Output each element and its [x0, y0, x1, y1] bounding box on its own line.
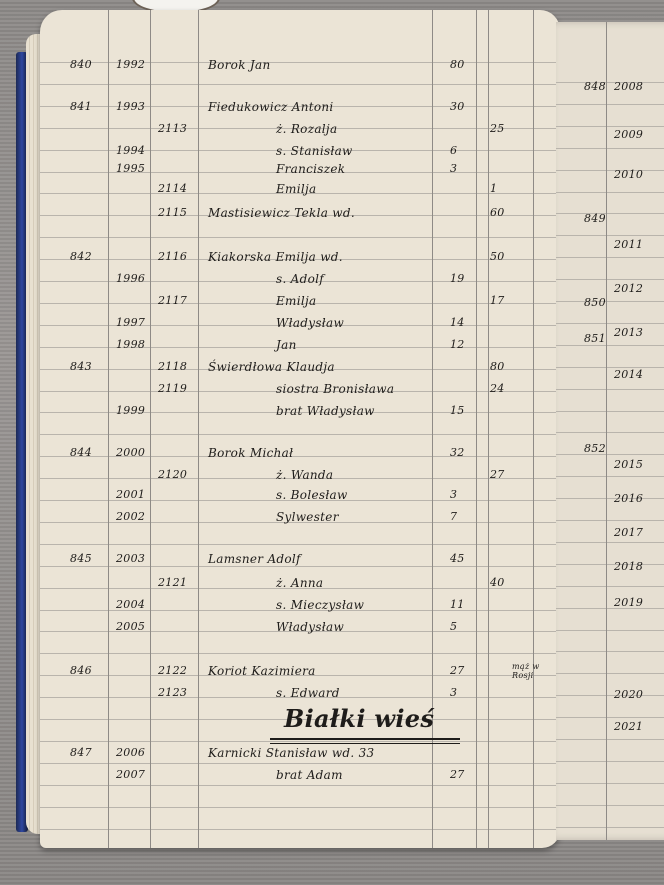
male-number: 2005	[116, 620, 145, 633]
person-name: Koriot Kazimiera	[208, 664, 316, 678]
house-number: 844	[70, 446, 92, 459]
ruled-line	[556, 805, 664, 806]
male-number: 2017	[614, 526, 643, 539]
male-age: 5	[450, 620, 457, 633]
male-number: 2008	[614, 80, 643, 93]
column-rule	[198, 10, 199, 848]
ruled-line	[556, 192, 664, 193]
male-number: 2015	[614, 458, 643, 471]
ruled-line	[556, 367, 664, 368]
male-number: 2007	[116, 768, 145, 781]
ruled-line	[556, 411, 664, 412]
house-number: 841	[70, 100, 92, 113]
ruled-line	[556, 586, 664, 587]
female-number: 2122	[158, 664, 187, 677]
ruled-line	[556, 498, 664, 499]
female-age: 1	[490, 182, 497, 195]
ruled-line	[556, 104, 664, 105]
person-name: brat Adam	[276, 768, 343, 782]
female-age: 25	[490, 122, 505, 135]
column-rule	[150, 10, 151, 848]
ruled-line	[556, 454, 664, 455]
house-number: 850	[584, 296, 606, 309]
male-number: 1993	[116, 100, 145, 113]
female-number: 2113	[158, 122, 187, 135]
male-number: 2009	[614, 128, 643, 141]
column-rule	[606, 22, 607, 840]
person-name: Borok Michał	[208, 446, 293, 460]
house-number: 848	[584, 80, 606, 93]
person-name: Emilja	[276, 182, 317, 196]
ruled-line	[40, 785, 560, 786]
ruled-line	[556, 827, 664, 828]
ruled-line	[40, 544, 560, 545]
male-number: 2021	[614, 720, 643, 733]
person-name: brat Władysław	[276, 404, 375, 418]
male-number: 2001	[116, 488, 145, 501]
female-number: 2123	[158, 686, 187, 699]
person-name: Fiedukowicz Antoni	[208, 100, 334, 114]
female-number: 2118	[158, 360, 187, 373]
person-name: s. Stanisław	[276, 144, 353, 158]
male-age: 11	[450, 598, 465, 611]
male-age: 6	[450, 144, 457, 157]
house-number: 849	[584, 212, 606, 225]
ruled-line	[40, 237, 560, 238]
person-name: Borok Jan	[208, 58, 270, 72]
male-number: 2003	[116, 552, 145, 565]
ruled-line	[556, 235, 664, 236]
ruled-line	[556, 673, 664, 674]
ruled-line	[40, 807, 560, 808]
male-age: 30	[450, 100, 465, 113]
person-name: Kiakorska Emilja wd.	[208, 250, 343, 264]
house-number: 845	[70, 552, 92, 565]
column-rule	[108, 10, 109, 848]
house-number: 840	[70, 58, 92, 71]
male-age: 27	[450, 768, 465, 781]
male-age: 32	[450, 446, 465, 459]
male-number: 2012	[614, 282, 643, 295]
male-age: 14	[450, 316, 465, 329]
ruled-line	[556, 323, 664, 324]
ruled-line	[556, 695, 664, 696]
ruled-line	[556, 257, 664, 258]
ruled-line	[556, 717, 664, 718]
right-page: 848200821..200921..201021..21..201121..8…	[556, 22, 664, 840]
ruled-line	[40, 763, 560, 764]
female-number: 2120	[158, 468, 187, 481]
column-rule	[488, 10, 489, 848]
person-name: siostra Bronisława	[276, 382, 394, 396]
male-number: 2013	[614, 326, 643, 339]
person-name: Emilja	[276, 294, 317, 308]
person-name: Władysław	[276, 316, 344, 330]
person-name: s. Mieczysław	[276, 598, 364, 612]
ruled-line	[556, 783, 664, 784]
male-number: 2018	[614, 560, 643, 573]
person-name: ż. Wanda	[276, 468, 333, 482]
female-age: 40	[490, 576, 505, 589]
person-name: ż. Anna	[276, 576, 323, 590]
ruled-line	[556, 301, 664, 302]
female-age: 60	[490, 206, 505, 219]
person-name: Mastisiewicz Tekla wd.	[208, 206, 355, 220]
male-age: 3	[450, 488, 457, 501]
female-number: 2114	[158, 182, 187, 195]
ruled-line	[556, 520, 664, 521]
left-page: 8401992Borok Jan808411993Fiedukowicz Ant…	[40, 10, 560, 848]
ruled-line	[40, 829, 560, 830]
female-number: 2119	[158, 382, 187, 395]
ruled-line	[556, 82, 664, 83]
column-rule	[533, 10, 534, 848]
male-number: 1995	[116, 162, 145, 175]
male-number: 2006	[116, 746, 145, 759]
ruled-line	[556, 148, 664, 149]
ruled-line	[556, 651, 664, 652]
male-age: 7	[450, 510, 457, 523]
male-number: 1992	[116, 58, 145, 71]
ruled-line	[556, 608, 664, 609]
male-number: 2010	[614, 168, 643, 181]
column-rule	[476, 10, 477, 848]
male-age: 27	[450, 664, 465, 677]
house-number: 846	[70, 664, 92, 677]
ruled-line	[556, 432, 664, 433]
house-number: 852	[584, 442, 606, 455]
ruled-line	[556, 739, 664, 740]
male-number: 2014	[614, 368, 643, 381]
house-number: 843	[70, 360, 92, 373]
ruled-line	[556, 476, 664, 477]
ruled-line	[556, 542, 664, 543]
male-number: 2000	[116, 446, 145, 459]
ruled-line	[40, 653, 560, 654]
section-heading: Białki wieś	[284, 704, 434, 733]
ruled-line	[40, 434, 560, 435]
house-number: 851	[584, 332, 606, 345]
male-number: 1999	[116, 404, 145, 417]
male-number: 1998	[116, 338, 145, 351]
ruled-line	[556, 630, 664, 631]
person-name: Jan	[276, 338, 297, 352]
female-number: 2121	[158, 576, 187, 589]
male-number: 2020	[614, 688, 643, 701]
female-age: 17	[490, 294, 505, 307]
house-number: 847	[70, 746, 92, 759]
person-name: Świerdłowa Klaudja	[208, 360, 335, 374]
male-age: 3	[450, 162, 457, 175]
remarks: mąż w Rosji	[512, 662, 552, 680]
male-age: 15	[450, 404, 465, 417]
person-name: s. Edward	[276, 686, 340, 700]
male-age: 80	[450, 58, 465, 71]
heading-underline	[270, 738, 460, 744]
ruled-line	[556, 761, 664, 762]
person-name: s. Bolesław	[276, 488, 348, 502]
male-number: 1994	[116, 144, 145, 157]
person-name: Władysław	[276, 620, 344, 634]
female-number: 2115	[158, 206, 187, 219]
person-name: Sylwester	[276, 510, 339, 524]
ruled-line	[556, 389, 664, 390]
male-number: 2016	[614, 492, 643, 505]
male-age: 12	[450, 338, 465, 351]
female-age: 80	[490, 360, 505, 373]
person-name: Lamsner Adolf	[208, 552, 301, 566]
male-number: 2019	[614, 596, 643, 609]
house-number: 842	[70, 250, 92, 263]
female-number: 2116	[158, 250, 187, 263]
ruled-line	[556, 170, 664, 171]
female-number: 2117	[158, 294, 187, 307]
male-number: 1997	[116, 316, 145, 329]
ruled-line	[556, 564, 664, 565]
person-name: Franciszek	[276, 162, 345, 176]
ruled-line	[40, 84, 560, 85]
person-name: Karnicki Stanisław wd. 33	[208, 746, 374, 760]
female-age: 24	[490, 382, 505, 395]
male-age: 45	[450, 552, 465, 565]
person-name: s. Adolf	[276, 272, 324, 286]
female-age: 27	[490, 468, 505, 481]
ruled-line	[556, 345, 664, 346]
person-name: ż. Rozalja	[276, 122, 337, 136]
male-number: 1996	[116, 272, 145, 285]
male-number: 2011	[614, 238, 643, 251]
male-age: 19	[450, 272, 465, 285]
male-age: 3	[450, 686, 457, 699]
female-age: 50	[490, 250, 505, 263]
male-number: 2004	[116, 598, 145, 611]
male-number: 2002	[116, 510, 145, 523]
ruled-line	[556, 126, 664, 127]
ruled-line	[556, 213, 664, 214]
ruled-line	[556, 279, 664, 280]
